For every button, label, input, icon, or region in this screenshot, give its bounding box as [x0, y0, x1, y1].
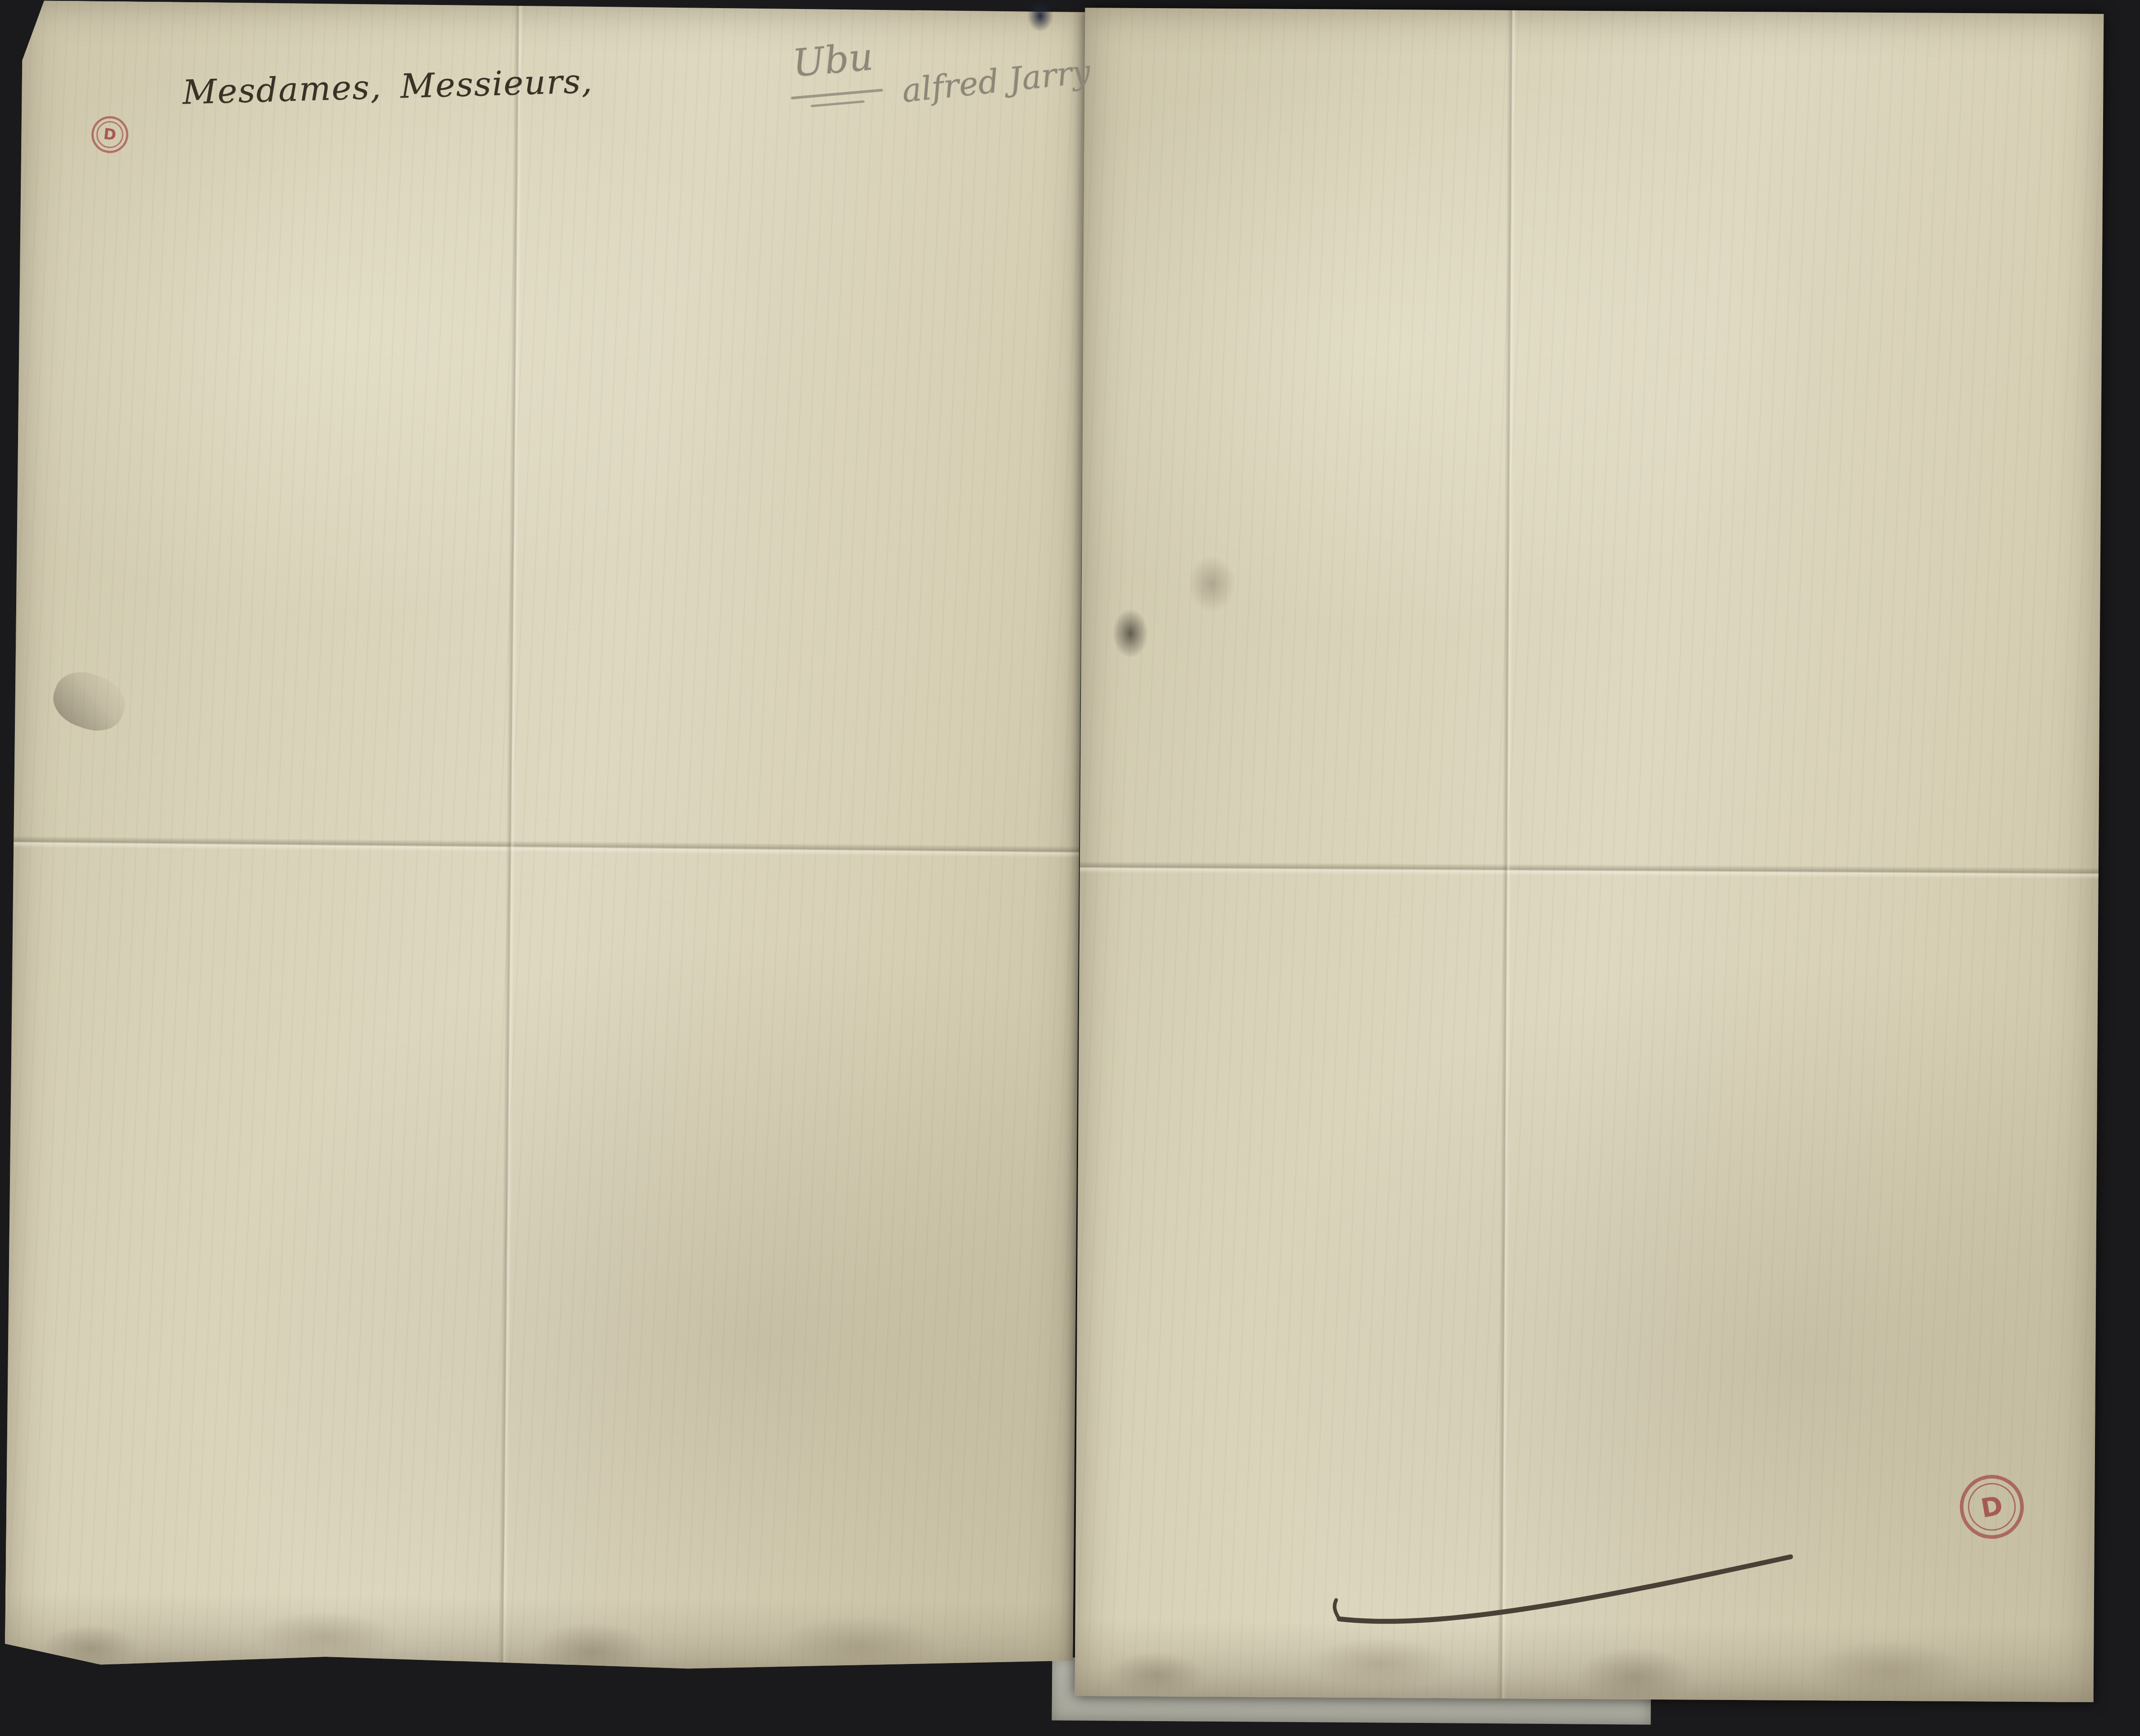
right-page — [1075, 8, 2104, 1702]
manuscript-scan: Mesdames, Messieurs, Il serait superflu … — [0, 0, 2140, 1736]
closing-flourish — [1324, 1543, 1806, 1638]
fold-crease-horizontal — [13, 836, 1081, 858]
stamp-letter: D — [103, 125, 117, 145]
fold-crease-vertical — [1497, 10, 1517, 1699]
left-page — [5, 0, 1088, 1679]
pencil-annotation-title: Ubu — [791, 34, 875, 85]
stamp-letter: D — [1978, 1490, 2005, 1524]
fold-crease-horizontal — [1080, 861, 2099, 879]
fold-crease-vertical — [498, 5, 523, 1673]
